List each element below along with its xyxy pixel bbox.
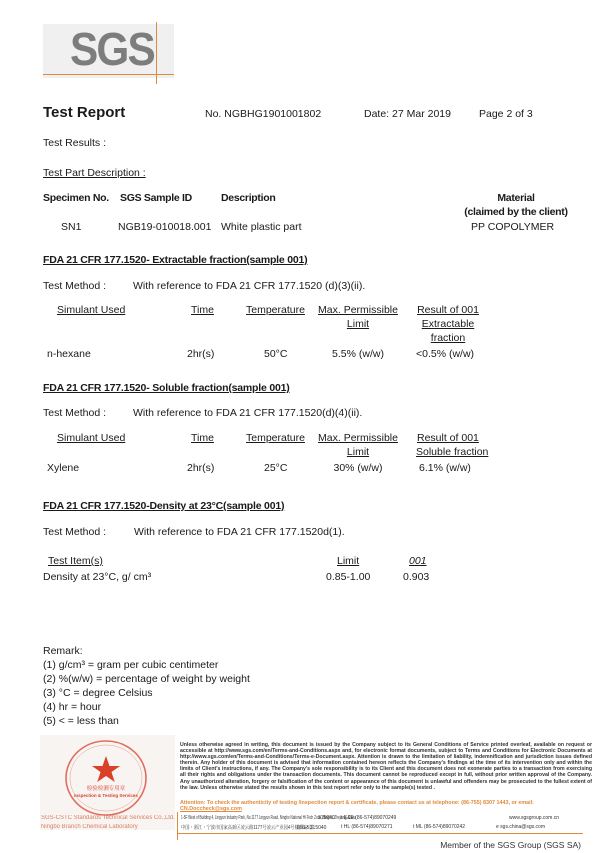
cell-simulant: Xylene <box>47 462 79 474</box>
tel-hl: t HL (86-574)89070271 <box>341 824 393 830</box>
doccheck-email-link[interactable]: CN.Doccheck@sgs.com <box>180 806 242 812</box>
header-limit-2: Limit <box>318 318 398 330</box>
cell-limit: 0.85-1.00 <box>326 571 370 583</box>
report-title: Test Report <box>43 104 125 121</box>
postcode-cn: 邮编: 315040 <box>297 824 326 831</box>
remark-item: (1) g/cm³ = gram per cubic centimeter <box>43 659 218 671</box>
remark-item: (3) °C = degree Celsius <box>43 687 153 699</box>
stamp-company-line-2: Ningbo Branch Chemical Laboratory <box>41 824 138 830</box>
header-time: Time <box>191 432 214 444</box>
header-result: Result of 001 <box>414 304 482 316</box>
header-limit: Limit <box>337 555 359 567</box>
col-specimen-no: Specimen No. <box>43 192 109 204</box>
remark-item: (4) hr = hour <box>43 701 101 713</box>
cell-limit: 5.5% (w/w) <box>318 348 398 360</box>
section-title: FDA 21 CFR 177.1520-Density at 23°C(samp… <box>43 500 284 512</box>
header-simulant: Simulant Used <box>57 304 125 316</box>
report-number: No. NGBHG1901001802 <box>205 108 321 120</box>
header-time: Time <box>191 304 214 316</box>
cell-time: 2hr(s) <box>187 348 214 360</box>
authenticity-notice: Attention: To check the authenticity of … <box>180 800 592 813</box>
cell-test-item: Density at 23°C, g/ cm³ <box>43 571 151 583</box>
postcode-en: 315040 <box>318 815 335 821</box>
stamp-company-line-1: SGS-CSTC Standards Technical Services Co… <box>41 815 175 821</box>
logo-vertical-rule <box>156 22 157 84</box>
header-limit: Max. Permissible <box>318 432 398 444</box>
header-limit: Max. Permissible <box>318 304 398 316</box>
footer-rule <box>177 833 583 834</box>
legal-disclaimer: Unless otherwise agreed in writing, this… <box>180 742 592 791</box>
cell-temperature: 50°C <box>264 348 287 360</box>
sgs-logo: SGS <box>70 22 154 76</box>
cell-time: 2hr(s) <box>187 462 214 474</box>
address-cn: 中国・浙江・宁波市国家高新区凌云路1177号凌云产业园4号楼西1-5层 <box>181 824 313 831</box>
test-method-label: Test Method : <box>43 407 106 419</box>
header-result-3: fraction <box>414 332 482 344</box>
header-result-2: Extractable <box>414 318 482 330</box>
header-temperature: Temperature <box>246 304 305 316</box>
cell-limit: 30% (w/w) <box>318 462 398 474</box>
cell-result: 6.1% (w/w) <box>419 462 471 474</box>
remarks-label: Remark: <box>43 645 83 657</box>
svg-text:Inspection & Testing Services: Inspection & Testing Services <box>74 793 138 798</box>
tel-ee: t E&E (86-574)89070249 <box>341 815 396 821</box>
header-simulant: Simulant Used <box>57 432 125 444</box>
report-date: Date: 27 Mar 2019 <box>364 108 451 120</box>
cell-value: 0.903 <box>403 571 429 583</box>
test-results-label: Test Results : <box>43 137 106 149</box>
test-method-label: Test Method : <box>43 280 106 292</box>
page-indicator: Page 2 of 3 <box>479 108 533 120</box>
sgs-group-membership: Member of the SGS Group (SGS SA) <box>440 840 581 850</box>
section-title: FDA 21 CFR 177.1520- Soluble fraction(sa… <box>43 382 290 394</box>
cell-result: <0.5% (w/w) <box>416 348 474 360</box>
terms-link[interactable]: http://www.sgs.com/en/Terms-and-Conditio… <box>214 748 340 754</box>
section-title: FDA 21 CFR 177.1520- Extractable fractio… <box>43 254 307 266</box>
e-document-terms-link[interactable]: http://www.sgs.com/en/Terms-and-Conditio… <box>180 754 356 760</box>
cell-sample-id: NGB19-010018.001 <box>118 221 211 233</box>
footer-vertical-rule <box>177 812 178 840</box>
test-method-label: Test Method : <box>43 526 106 538</box>
col-description: Description <box>221 192 275 204</box>
col-sample-id: SGS Sample ID <box>120 192 192 204</box>
part-description-label: Test Part Description : <box>43 167 146 179</box>
tel-ml: t ML (86-574)89070242 <box>413 824 465 830</box>
cell-simulant: n-hexane <box>47 348 91 360</box>
website-link[interactable]: www.sgsgroup.com.cn <box>509 815 559 821</box>
header-limit-2: Limit <box>318 446 398 458</box>
header-result: Result of 001 <box>417 432 479 444</box>
header-sample: 001 <box>409 555 427 567</box>
cell-material: PP COPOLYMER <box>471 221 554 233</box>
cell-specimen: SN1 <box>61 221 81 233</box>
test-method-value: With reference to FDA 21 CFR 177.1520 (d… <box>133 280 365 292</box>
header-test-item: Test Item(s) <box>48 555 103 567</box>
company-seal-icon: 检验检测专用章 Inspection & Testing Services <box>62 738 150 818</box>
remark-item: (2) %(w/w) = percentage of weight by wei… <box>43 673 250 685</box>
header-temperature: Temperature <box>246 432 305 444</box>
logo-horizontal-rule <box>43 74 174 75</box>
col-material-note: (claimed by the client) <box>456 206 576 218</box>
header-result-2: Soluble fraction <box>416 446 488 458</box>
svg-text:检验检测专用章: 检验检测专用章 <box>87 784 126 792</box>
contact-email-link[interactable]: e sgs.china@sgs.com <box>496 824 545 830</box>
test-method-value: With reference to FDA 21 CFR 177.1520(d)… <box>133 407 362 419</box>
cell-temperature: 25°C <box>264 462 287 474</box>
test-method-value: With reference to FDA 21 CFR 177.1520d(1… <box>134 526 345 538</box>
cell-description: White plastic part <box>221 221 302 233</box>
col-material: Material <box>466 192 566 204</box>
remark-item: (5) < = less than <box>43 715 119 727</box>
